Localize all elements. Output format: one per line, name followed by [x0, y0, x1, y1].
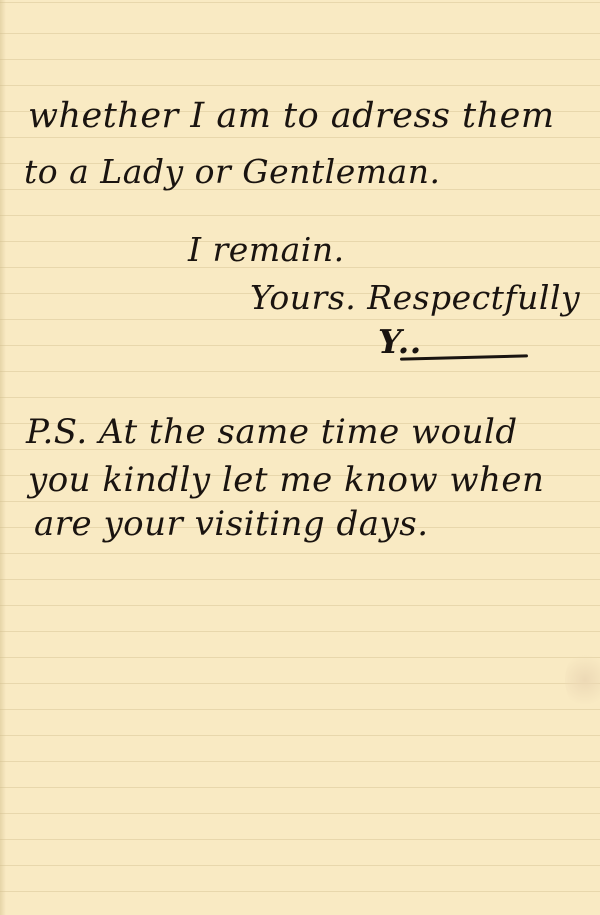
postscript-line-1: P.S. At the same time would — [26, 412, 518, 452]
paper-edge — [0, 0, 6, 915]
signature: Y.. — [378, 322, 422, 361]
closing-line-1: I remain. — [188, 230, 345, 269]
letter-page: whether I am to adress them to a Lady or… — [0, 0, 600, 915]
body-line-1: whether I am to adress them — [28, 96, 555, 136]
paper-stain — [565, 650, 600, 710]
closing-line-2: Yours. Respectfully — [250, 278, 580, 317]
postscript-line-2: you kindly let me know when — [28, 460, 544, 500]
postscript-line-3: are your visiting days. — [34, 504, 429, 544]
body-line-2: to a Lady or Gentleman. — [24, 152, 440, 191]
